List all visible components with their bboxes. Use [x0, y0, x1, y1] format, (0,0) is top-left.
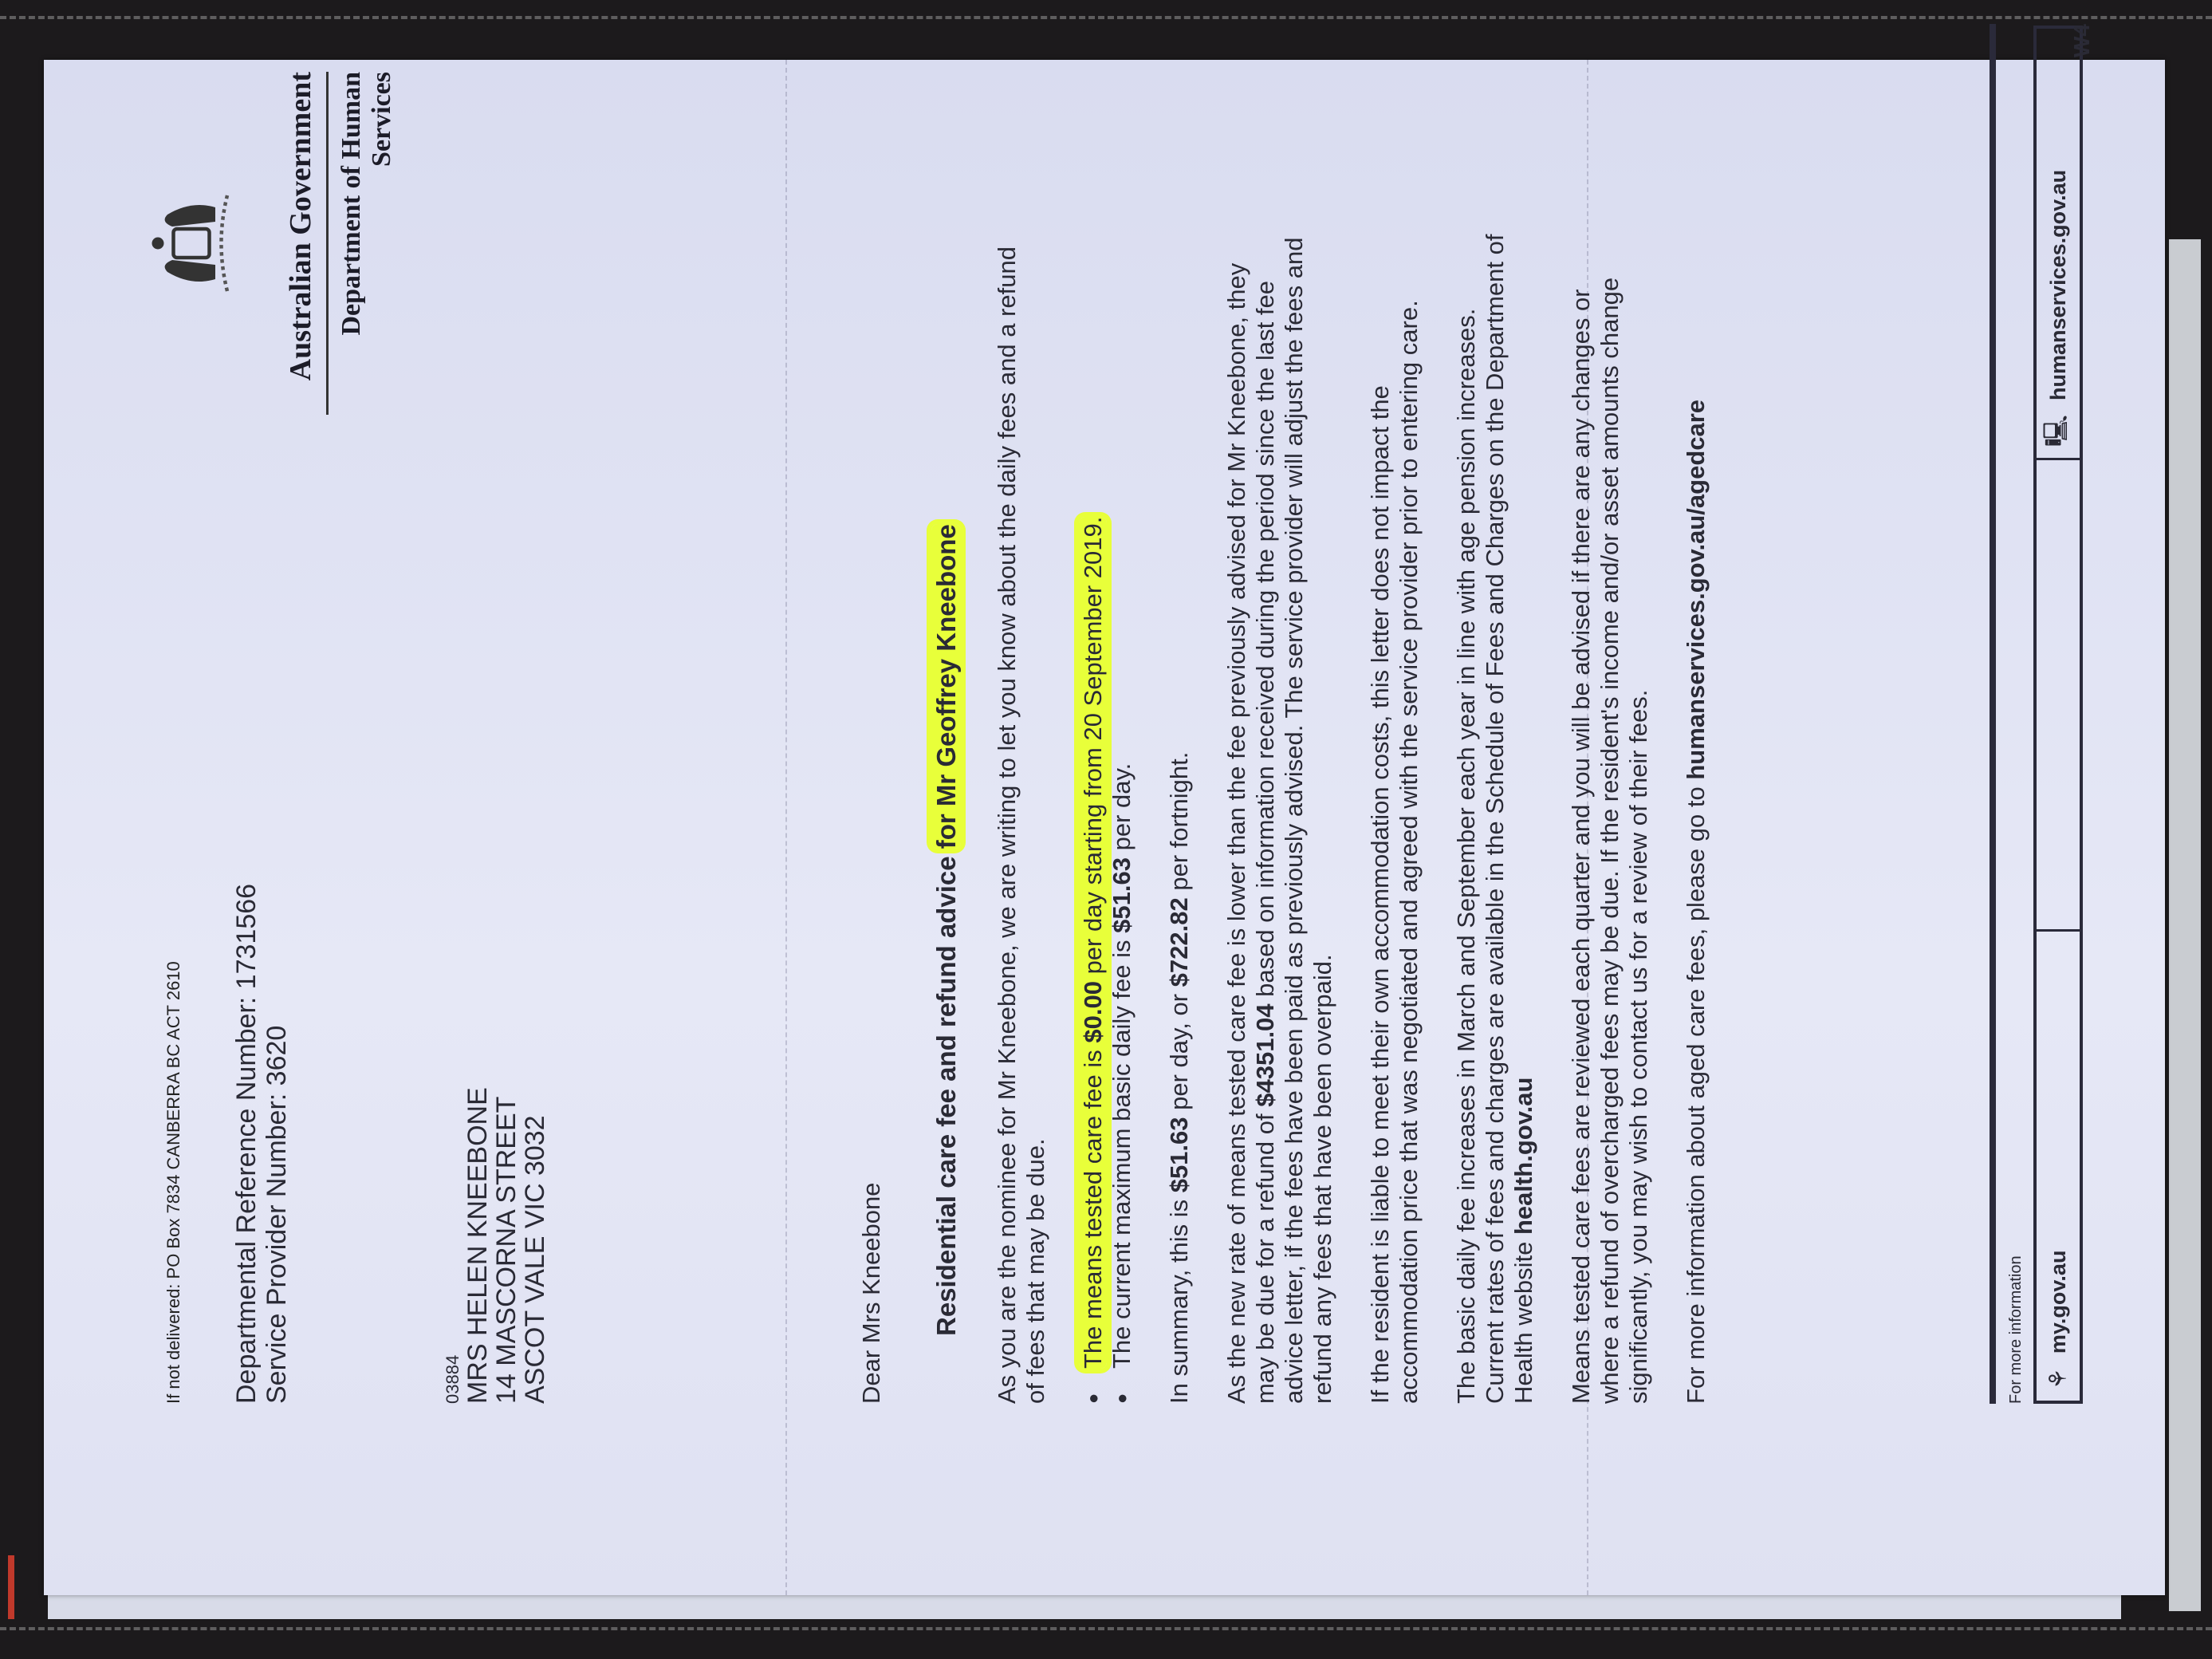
recipient-suburb: ASCOT VALE VIC 3032: [521, 1087, 549, 1404]
summary-paragraph: In summary, this is $51.63 per day, or $…: [1165, 223, 1194, 1404]
letter-footer: For more information ⚘ my.gov.au 🖳 human…: [1990, 32, 2083, 1404]
reference-block: Departmental Reference Number: 1731566 S…: [231, 884, 292, 1404]
recipient-code: 03884: [443, 1087, 463, 1404]
bullet-means-tested-fee: The means tested care fee is $0.00 per d…: [1079, 223, 1108, 1404]
service-provider-number: Service Provider Number: 3620: [262, 884, 292, 1404]
highlighted-text: The means tested care fee is $0.00 per d…: [1079, 517, 1107, 1369]
underlying-sheet-edge: [2169, 239, 2201, 1611]
fee-bullets: The means tested care fee is $0.00 per d…: [1079, 223, 1136, 1404]
computer-icon: 🖳: [2038, 415, 2079, 447]
footer-divider: [1990, 24, 1996, 1404]
folder-stitching-top: [0, 16, 2212, 19]
footer-link-empty: [2037, 458, 2080, 929]
fold-line: [785, 60, 787, 1595]
letter-body: Dear Mrs Kneebone Residential care fee a…: [857, 223, 1739, 1404]
departmental-reference-number: Departmental Reference Number: 1731566: [231, 884, 262, 1404]
footer-label: For more information: [2007, 32, 2025, 1404]
recipient-address: 03884 MRS HELEN KNEEBONE 14 MASCORNA STR…: [443, 1087, 549, 1404]
highlighted-text: for Mr Geoffrey Kneebone: [931, 524, 961, 849]
red-folder-edge: [8, 1555, 14, 1619]
form-code: W4: [2069, 24, 2095, 57]
salutation: Dear Mrs Kneebone: [857, 223, 886, 1404]
accommodation-paragraph: If the resident is liable to meet their …: [1366, 223, 1423, 1404]
agedcare-website-link[interactable]: humanservices.gov.au/agedcare: [1682, 400, 1710, 780]
review-paragraph: Means tested care fees are reviewed each…: [1567, 223, 1653, 1404]
recipient-street: 14 MASCORNA STREET: [492, 1087, 521, 1404]
letter-page: If not delivered: PO Box 7834 CANBERRA B…: [44, 60, 2165, 1595]
recipient-name: MRS HELEN KNEEBONE: [463, 1087, 492, 1404]
government-title: Australian Government: [283, 72, 329, 415]
footer-links: ⚘ my.gov.au 🖳 humanservices.gov.au: [2033, 26, 2083, 1404]
folder-stitching-bottom: [0, 1627, 2212, 1630]
letterhead: Australian Government Department of Huma…: [283, 72, 397, 415]
subject-heading: Residential care fee and refund advice f…: [932, 223, 961, 1336]
refund-paragraph: As the new rate of means tested care fee…: [1222, 223, 1337, 1404]
return-address: If not delivered: PO Box 7834 CANBERRA B…: [163, 961, 184, 1404]
coat-of-arms-icon: [132, 183, 251, 303]
more-info-paragraph: For more information about aged care fee…: [1682, 223, 1710, 1404]
basic-fee-paragraph: The basic daily fee increases in March a…: [1452, 223, 1538, 1404]
footer-link-mygov[interactable]: ⚘ my.gov.au: [2037, 929, 2080, 1401]
health-website-link[interactable]: health.gov.au: [1509, 1078, 1537, 1235]
department-name: Department of Human Services: [329, 72, 397, 415]
bullet-basic-daily-fee: The current maximum basic daily fee is $…: [1108, 223, 1136, 1404]
intro-paragraph: As you are the nominee for Mr Kneebone, …: [993, 223, 1050, 1404]
mygov-icon: ⚘: [2045, 1368, 2072, 1389]
footer-link-humanservices[interactable]: 🖳 humanservices.gov.au: [2037, 29, 2080, 458]
